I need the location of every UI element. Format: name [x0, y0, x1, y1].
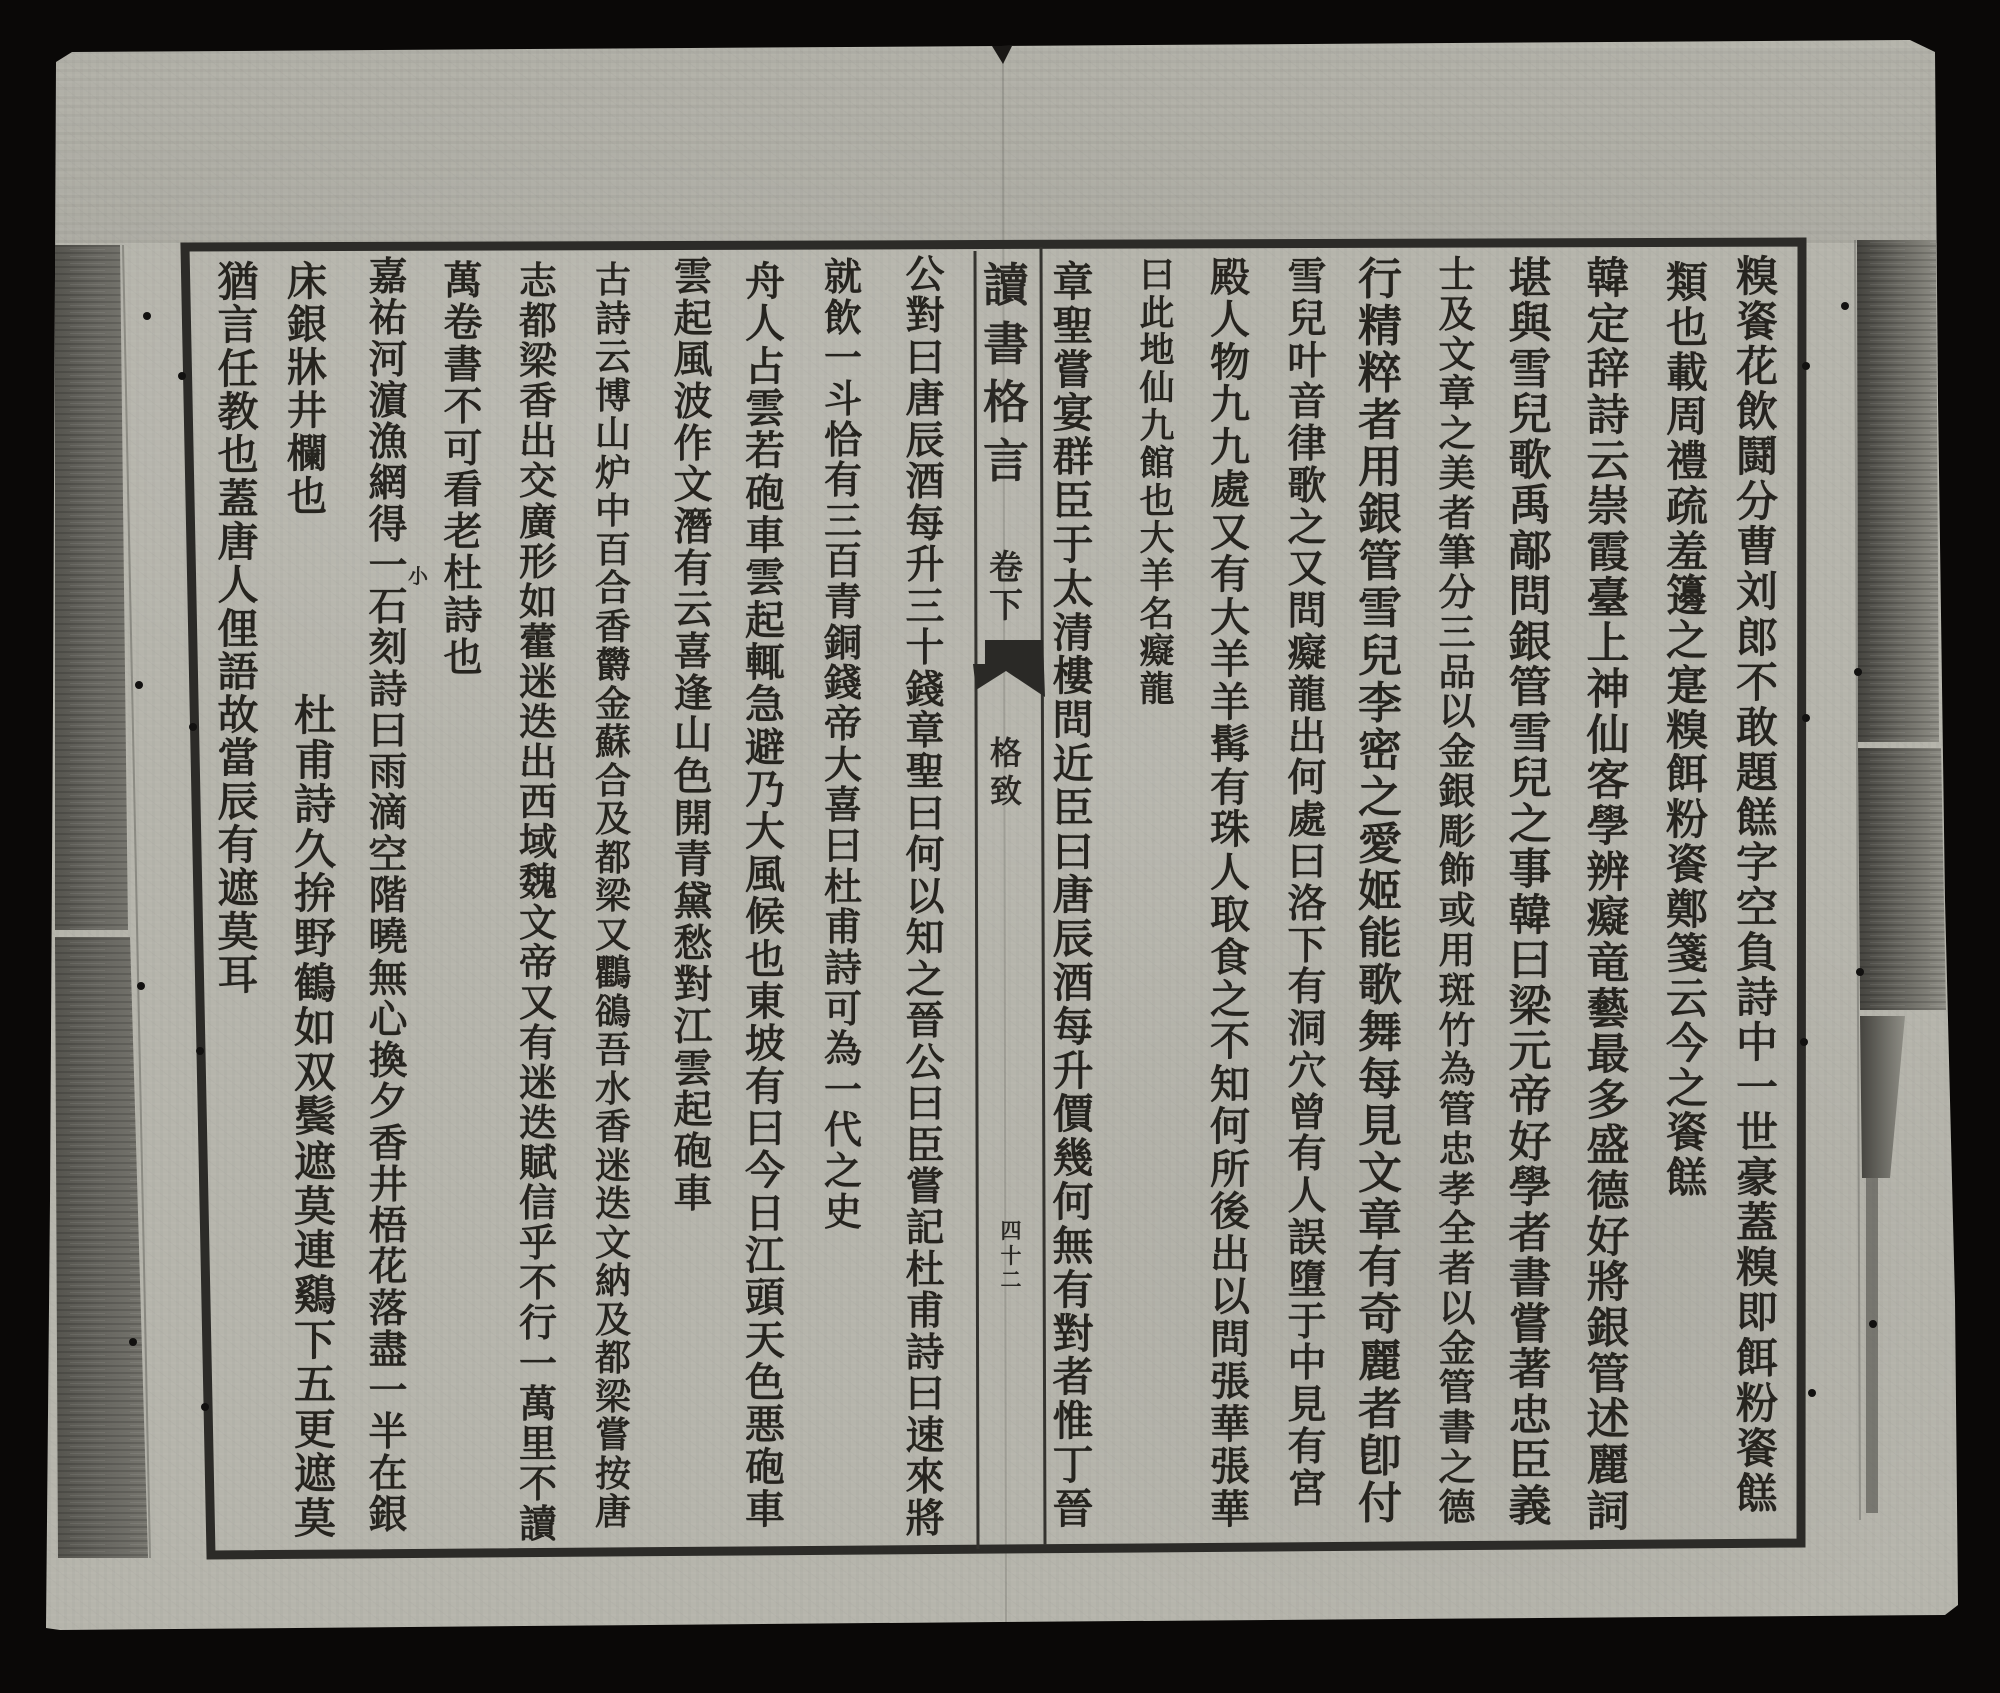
glyph: 階 [368, 877, 407, 916]
glyph: 卷 [443, 304, 482, 343]
glyph: 致 [990, 775, 1022, 807]
glyph: 蓋 [218, 479, 259, 520]
glyph: 唐 [218, 522, 259, 563]
glyph: 神 [1587, 669, 1630, 712]
glyph: 辨 [1587, 852, 1630, 895]
glyph: 問 [1509, 576, 1552, 619]
glyph: 四 [1001, 1220, 1022, 1241]
glyph: 羊 [1210, 640, 1250, 680]
glyph: 形 [519, 543, 557, 581]
glyph: 波 [673, 383, 712, 422]
glyph: 牀 [287, 348, 327, 388]
glyph: 又 [519, 984, 557, 1022]
glyph: 銀 [1509, 622, 1552, 665]
glyph: 云 [673, 591, 712, 630]
glyph: 臺 [1587, 578, 1630, 621]
glyph: 寔 [1666, 665, 1708, 707]
glyph: 及 [595, 801, 631, 837]
glyph: 洛 [1287, 885, 1326, 924]
glyph: 金 [595, 686, 631, 722]
glyph: 管 [1509, 667, 1552, 710]
glyph: 書 [1509, 1258, 1552, 1301]
glyph: 大 [1210, 598, 1250, 638]
glyph: 近 [1053, 744, 1094, 785]
glyph: 文 [595, 1225, 631, 1261]
glyph: 辰 [1053, 919, 1094, 960]
glyph: 老 [443, 513, 482, 552]
glyph: 莫 [294, 1186, 336, 1228]
glyph: 砲 [673, 1133, 712, 1172]
glyph: 九 [1210, 385, 1250, 425]
volume-label: 卷下 [974, 551, 1038, 623]
glyph: 每 [1053, 1007, 1094, 1048]
glyph: 中 [1736, 1022, 1778, 1064]
glyph: 曰 [1139, 258, 1174, 293]
glyph: 上 [1587, 623, 1630, 666]
glyph: 將 [1587, 1262, 1630, 1305]
glyph: 猶 [218, 262, 259, 303]
glyph: 章 [1358, 1199, 1402, 1243]
glyph: 作 [673, 425, 712, 464]
glyph: 青 [824, 583, 862, 621]
glyph: 避 [745, 728, 785, 768]
glyph: 卷 [989, 551, 1023, 585]
glyph: 好 [1509, 1122, 1552, 1165]
glyph: 穴 [1287, 1052, 1326, 1091]
glyph: 九 [1139, 409, 1174, 444]
glyph: 洞 [1287, 1010, 1326, 1049]
glyph: 全 [1439, 1210, 1476, 1247]
glyph: 金 [1439, 1330, 1476, 1367]
glyph: 錢 [905, 671, 944, 710]
glyph: 或 [1439, 892, 1476, 929]
binding-hole-dot [196, 1047, 204, 1055]
glyph: 嘗 [905, 1168, 944, 1207]
rubbing-panel [1860, 1016, 1905, 1178]
glyph: 歌 [1287, 467, 1326, 506]
glyph: 得 [368, 506, 407, 545]
glyph: 韓 [1587, 258, 1630, 301]
glyph: 喜 [824, 786, 862, 824]
glyph: 問 [1210, 1320, 1250, 1360]
glyph: 一 [368, 547, 407, 586]
glyph: 墮 [1287, 1261, 1326, 1300]
glyph: 每 [1358, 1058, 1402, 1102]
glyph: 羊 [1139, 559, 1174, 594]
glyph: 姬 [1358, 870, 1402, 914]
glyph: 香 [595, 1109, 631, 1145]
glyph: 歌 [1509, 440, 1552, 483]
glyph: 糗 [1736, 1247, 1778, 1289]
binding-hole-dot [1856, 968, 1864, 976]
glyph: 酒 [905, 463, 944, 502]
glyph: 者 [1358, 399, 1402, 443]
glyph: 連 [294, 1230, 336, 1272]
text-column: 行精粹者用銀管雪兒李密之愛姬能歌舞每見文章有奇麗者卽付 [1348, 258, 1412, 1526]
glyph: 分 [1439, 574, 1476, 611]
glyph: 密 [1358, 729, 1402, 773]
text-column: 雪兒叶音律歌之又問癡龍出何處曰洛下有洞穴曾有人誤墮于中見有宮 [1275, 258, 1339, 1509]
glyph: 古 [595, 262, 631, 298]
glyph: 風 [745, 855, 785, 895]
glyph: 黛 [673, 883, 712, 922]
rubbing-texture [55, 245, 128, 930]
glyph: 讀 [519, 1505, 557, 1543]
glyph: 以 [1439, 1290, 1476, 1327]
text-column: 章聖嘗宴群臣于太清樓問近臣曰唐辰酒每升價幾何無有對者惟丁晉 [1041, 262, 1105, 1530]
text-column: 曰此地仙九館也大羊名癡龍 [1125, 258, 1189, 707]
glyph: 今 [745, 1151, 785, 1191]
glyph: 都 [595, 1340, 631, 1376]
glyph: 砲 [745, 1448, 785, 1488]
glyph: 章 [1439, 375, 1476, 412]
glyph: 曰 [905, 339, 944, 378]
glyph: 蘇 [595, 724, 631, 760]
text-column: 猶言任教也蓋唐人俚語故當辰有遮莫耳 [206, 262, 270, 996]
glyph: 可 [443, 430, 482, 469]
glyph: 有 [1358, 1246, 1402, 1290]
glyph: 字 [1736, 842, 1778, 884]
glyph: 候 [745, 897, 785, 937]
glyph: 孝 [1439, 1171, 1476, 1208]
glyph: 舟 [745, 262, 785, 302]
glyph: 迭 [519, 1104, 557, 1142]
glyph: 車 [673, 1175, 712, 1214]
glyph: 銀 [1587, 1308, 1630, 1351]
glyph: 萬 [443, 262, 482, 301]
glyph: 宮 [1287, 1470, 1326, 1509]
glyph: 起 [745, 601, 785, 641]
glyph: 賦 [519, 1144, 557, 1182]
glyph: 嘗 [1509, 1304, 1552, 1347]
top-tear-notch [992, 46, 1012, 64]
glyph: 久 [294, 829, 336, 871]
glyph: 斑 [1439, 972, 1476, 1009]
glyph: 都 [519, 302, 557, 340]
glyph: 嘉 [368, 258, 407, 297]
binding-hole-dot [201, 1403, 209, 1411]
glyph: 三 [905, 588, 944, 627]
section-label: 格致 [974, 737, 1038, 807]
glyph: 床 [287, 262, 327, 302]
glyph: 有 [1287, 968, 1326, 1007]
glyph: 宴 [1053, 393, 1094, 434]
glyph: 愁 [673, 925, 712, 964]
glyph: 云 [595, 339, 631, 375]
glyph: 乎 [519, 1224, 557, 1262]
glyph: 一 [368, 1372, 407, 1411]
glyph: 更 [294, 1409, 336, 1451]
glyph: 文 [1358, 1152, 1402, 1196]
glyph: 最 [1587, 1034, 1630, 1077]
glyph: 臣 [1509, 1440, 1552, 1483]
glyph: 鬓 [294, 1096, 336, 1138]
glyph: 臣 [1053, 788, 1094, 829]
glyph: 以 [1210, 1277, 1250, 1317]
binding-hole-dot [1800, 1038, 1808, 1046]
glyph: 不 [519, 1465, 557, 1503]
text-column: 韓定辞詩云崇霞臺上神仙客學辨癡竜藝最多盛德好將銀管述麗詞 [1576, 258, 1640, 1534]
glyph: 後 [1210, 1192, 1250, 1232]
book-title: 讀書格言 [974, 262, 1038, 484]
glyph: 可 [824, 990, 862, 1028]
glyph: 杜 [905, 1251, 944, 1290]
glyph: 餈 [1666, 844, 1708, 886]
glyph: 章 [905, 712, 944, 751]
glyph: 在 [368, 1455, 407, 1494]
glyph: 于 [1287, 1303, 1326, 1342]
glyph: 詩 [443, 597, 482, 636]
glyph: 書 [1439, 1409, 1476, 1446]
glyph: 斗 [824, 380, 862, 418]
rubbing-texture [1858, 748, 1946, 1010]
glyph: 羊 [1210, 683, 1250, 723]
glyph: 愛 [1358, 823, 1402, 867]
glyph: 香 [519, 382, 557, 420]
glyph: 香 [595, 609, 631, 645]
glyph: 有 [1210, 555, 1250, 595]
glyph: 詩 [905, 1334, 944, 1373]
glyph: 管 [1439, 1091, 1476, 1128]
glyph: 如 [519, 583, 557, 621]
glyph: 辰 [905, 422, 944, 461]
glyph: 晉 [1053, 1489, 1094, 1530]
glyph: 言 [218, 305, 259, 346]
glyph: 每 [905, 505, 944, 544]
glyph: 合 [595, 763, 631, 799]
glyph: 行 [519, 1304, 557, 1342]
glyph: 開 [673, 800, 712, 839]
glyph: 西 [519, 783, 557, 821]
glyph: 梧 [368, 1207, 407, 1246]
glyph: 張 [1210, 1447, 1250, 1487]
binding-hole-dot [135, 681, 143, 689]
glyph: 不 [519, 1264, 557, 1302]
glyph: 銀 [368, 1496, 407, 1535]
glyph: 迷 [519, 663, 557, 701]
glyph: 類 [1666, 262, 1708, 304]
glyph: 餌 [1666, 754, 1708, 796]
text-column: 萬卷書不可看老杜詩也 [431, 262, 495, 678]
text-column: 堪與雪兒歌禹鄗問銀管雪兒之事韓曰梁元帝好學者書嘗著忠臣義 [1498, 258, 1562, 1529]
glyph: 者 [1509, 1213, 1552, 1256]
glyph: 一 [824, 1071, 862, 1109]
glyph: 雲 [673, 1050, 712, 1089]
interlinear-note: 小 [408, 566, 428, 586]
glyph: 有 [1287, 1428, 1326, 1467]
text-column: 糗餈花飲鬪分曹刘郎不敢題餻字空負詩中一世豪蓋糗即餌粉餈餻 [1725, 256, 1789, 1515]
glyph: 清 [1053, 613, 1094, 654]
glyph: 歌 [1358, 964, 1402, 1008]
glyph: 對 [673, 966, 712, 1005]
glyph: 銀 [1358, 493, 1402, 537]
rubbing-texture [55, 937, 148, 1558]
glyph: 人 [745, 304, 785, 344]
glyph: 書 [443, 346, 482, 385]
glyph: 也 [745, 940, 785, 980]
glyph: 野 [294, 918, 336, 960]
text-column: 就飲一斗恰有三百青銅錢帝大喜曰杜甫詩可為一代之史 [811, 258, 875, 1231]
glyph: 井 [287, 391, 327, 431]
glyph: 里 [519, 1425, 557, 1463]
glyph: 之 [1439, 1449, 1476, 1486]
glyph: 糗 [1666, 710, 1708, 752]
glyph: 餌 [1736, 1338, 1778, 1380]
glyph: 十 [905, 629, 944, 668]
glyph: 見 [1287, 1386, 1326, 1425]
glyph: 粹 [1358, 352, 1402, 396]
glyph: 云 [1587, 441, 1630, 484]
glyph: 霞 [1587, 532, 1630, 575]
glyph: 天 [745, 1321, 785, 1361]
glyph: 卽 [1358, 1435, 1402, 1479]
binding-hole-dot [129, 1338, 137, 1346]
glyph: 能 [1358, 917, 1402, 961]
glyph: 鄗 [1509, 531, 1552, 574]
glyph: 也 [443, 639, 482, 678]
glyph: 德 [1587, 1171, 1630, 1214]
binding-hole-dot [1869, 1320, 1877, 1328]
glyph: 幾 [1053, 1138, 1094, 1179]
glyph: 廣 [519, 503, 557, 541]
glyph: 來 [905, 1458, 944, 1497]
glyph: 詩 [824, 949, 862, 987]
glyph: 莫 [218, 912, 259, 953]
glyph: 人 [1210, 853, 1250, 893]
glyph: 為 [824, 1030, 862, 1068]
glyph: 之 [1210, 980, 1250, 1020]
glyph: 百 [824, 542, 862, 580]
glyph: 惟 [1053, 1401, 1094, 1442]
glyph: 述 [1587, 1399, 1630, 1442]
glyph: 唐 [905, 380, 944, 419]
binding-hole-dot [1802, 362, 1810, 370]
glyph: 餈 [1736, 1428, 1778, 1470]
glyph: 精 [1358, 305, 1402, 349]
glyph: 于 [1053, 525, 1094, 566]
glyph: 用 [1439, 932, 1476, 969]
glyph: 又 [1287, 550, 1326, 589]
glyph: 麗 [1358, 1340, 1402, 1384]
glyph: 者 [1439, 495, 1476, 532]
glyph: 飲 [1736, 391, 1778, 433]
glyph: 藿 [519, 623, 557, 661]
glyph: 花 [368, 1248, 407, 1287]
glyph: 曰 [1509, 940, 1552, 983]
glyph: 美 [1439, 455, 1476, 492]
glyph: 鸜 [595, 955, 631, 991]
glyph: 空 [1736, 887, 1778, 929]
glyph: 乃 [745, 770, 785, 810]
glyph: 餻 [1736, 1473, 1778, 1515]
glyph: 糗 [1736, 256, 1778, 298]
text-column: 公對曰唐辰酒每升三十錢章聖曰何以知之晉公曰臣嘗記杜甫詩曰速來將 [893, 256, 957, 1539]
glyph: 三 [824, 502, 862, 540]
glyph: 雪 [1358, 587, 1402, 631]
glyph: 負 [1736, 932, 1778, 974]
glyph: 喜 [673, 633, 712, 672]
glyph: 公 [905, 256, 944, 295]
glyph: 刘 [1736, 571, 1778, 613]
glyph: 祐 [368, 299, 407, 338]
glyph: 名 [1139, 597, 1174, 632]
glyph: 敢 [1736, 707, 1778, 749]
glyph: 唐 [595, 1494, 631, 1530]
glyph: 落 [368, 1290, 407, 1329]
glyph: 者 [1053, 1357, 1094, 1398]
glyph: 定 [1587, 304, 1630, 347]
glyph: 信 [519, 1184, 557, 1222]
glyph: 珠 [1210, 810, 1250, 850]
glyph: 之 [1666, 620, 1708, 662]
glyph: 有 [218, 825, 259, 866]
glyph: 管 [1358, 540, 1402, 584]
glyph: 文 [519, 904, 557, 942]
binding-hole-dot [143, 312, 151, 320]
binding-hole-dot [1802, 714, 1810, 722]
binding-hole-dot [1854, 668, 1862, 676]
glyph: 詩 [368, 671, 407, 710]
glyph: 李 [1358, 682, 1402, 726]
text-column: 床銀牀井欄也 [275, 262, 339, 517]
glyph: 元 [1509, 1031, 1552, 1074]
glyph: 所 [1210, 1150, 1250, 1190]
glyph: 五 [294, 1364, 336, 1406]
glyph: 雨 [368, 753, 407, 792]
glyph: 就 [824, 258, 862, 296]
glyph: 教 [218, 392, 259, 433]
glyph: 當 [218, 738, 259, 779]
glyph: 如 [294, 1007, 336, 1049]
glyph: 唐 [1053, 875, 1094, 916]
glyph: 出 [519, 422, 557, 460]
glyph: 漁 [368, 423, 407, 462]
glyph: 韓 [1509, 895, 1552, 938]
glyph: 無 [368, 960, 407, 999]
glyph: 雲 [673, 258, 712, 297]
glyph: 博 [595, 378, 631, 414]
text-column: 士及文章之美者筆分三品以金銀彫飾或用斑竹為管忠孝全者以金管書之德 [1425, 256, 1489, 1526]
text-column: 舟人占雲若砲車雲起輒急避乃大風候也東坡有曰今日江頭天色悪砲車 [733, 262, 797, 1530]
glyph: 大 [824, 746, 862, 784]
glyph: 客 [1587, 760, 1630, 803]
glyph: 丁 [1053, 1445, 1094, 1486]
glyph: 嘗 [1053, 350, 1094, 391]
glyph: 江 [673, 1008, 712, 1047]
glyph: 人 [1210, 300, 1250, 340]
glyph: 莫 [294, 1498, 336, 1540]
glyph: 此 [1139, 296, 1174, 331]
glyph: 雪 [1287, 258, 1326, 297]
glyph: 一 [519, 1345, 557, 1383]
glyph: 以 [905, 878, 944, 917]
text-column: 殿人物九九處又有大羊羊髯有珠人取食之不知何所後出以問張華張華 [1198, 258, 1262, 1530]
glyph: 奇 [1358, 1293, 1402, 1337]
glyph: 甫 [824, 908, 862, 946]
glyph: 曰 [1053, 832, 1094, 873]
glyph: 處 [1210, 470, 1250, 510]
glyph: 格 [983, 379, 1029, 425]
glyph: 仙 [1139, 371, 1174, 406]
glyph: 叶 [1287, 342, 1326, 381]
glyph: 與 [1509, 303, 1552, 346]
glyph: 讀 [983, 262, 1029, 308]
glyph: 遮 [218, 868, 259, 909]
glyph: 臣 [1053, 481, 1094, 522]
glyph: 下 [1287, 927, 1326, 966]
glyph: 華 [1210, 1490, 1250, 1530]
glyph: 欝 [595, 647, 631, 683]
